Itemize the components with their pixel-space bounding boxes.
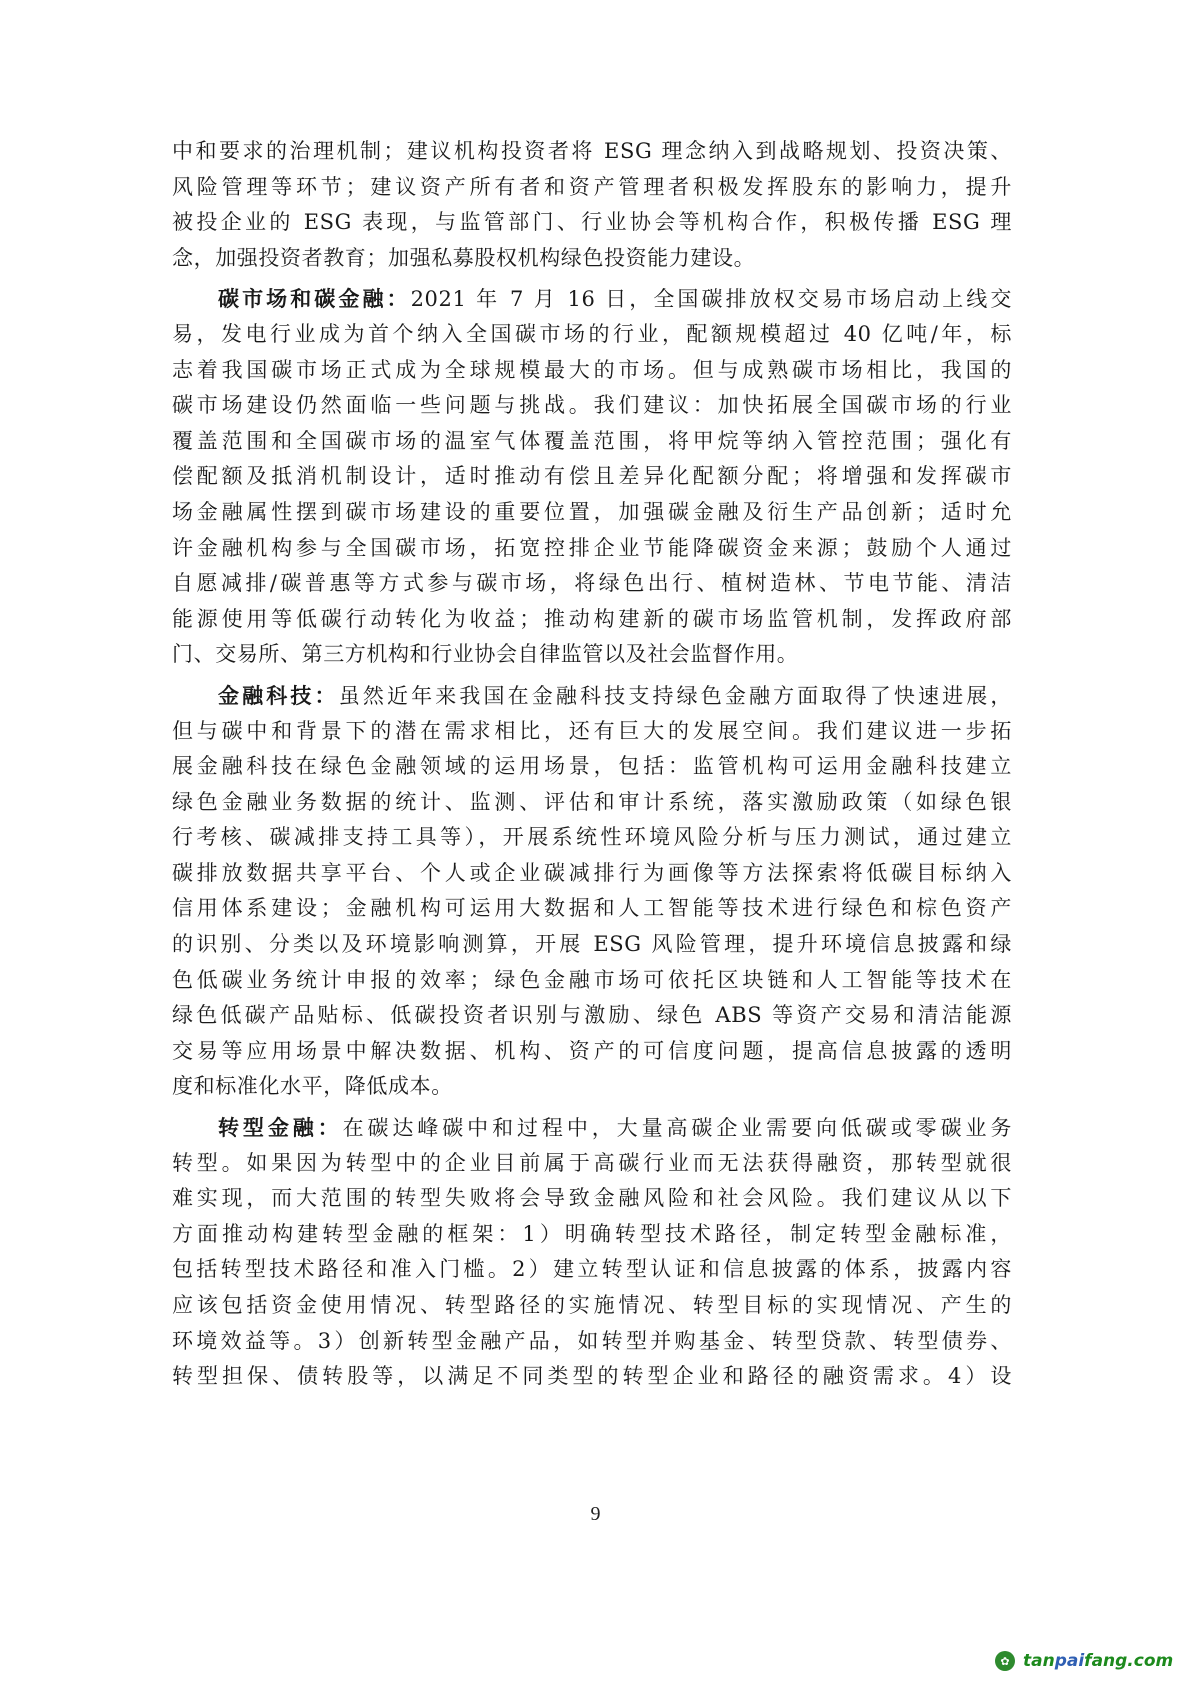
text-line-first: 金融科技：虽然近年来我国在金融科技支持绿色金融方面取得了快速进展， (172, 678, 1012, 714)
text-line: 交易等应用场景中解决数据、机构、资产的可信度问题，提高信息披露的透明 (172, 1034, 1012, 1070)
text-line: 转型。如果因为转型中的企业目前属于高碳行业而无法获得融资，那转型就很 (172, 1146, 1012, 1182)
watermark-text-pai: pai (1055, 1651, 1084, 1671)
text-line: 易，发电行业成为首个纳入全国碳市场的行业，配额规模超过 40 亿吨/年，标 (172, 317, 1012, 353)
paragraph-carbon-market: 碳市场和碳金融：2021 年 7 月 16 日，全国碳排放权交易市场启动上线交 … (172, 281, 1012, 673)
tanpaifang-leaf-logo-icon: ✿ (995, 1651, 1015, 1671)
text-line: 行考核、碳减排支持工具等），开展系统性环境风险分析与压力测试，通过建立 (172, 820, 1012, 856)
text-line: 被投企业的 ESG 表现，与监管部门、行业协会等机构合作，积极传播 ESG 理 (172, 205, 1012, 241)
text-run: 在碳达峰碳中和过程中，大量高碳企业需要向低碳或零碳业务 (343, 1116, 1012, 1140)
text-line: 展金融科技在绿色金融领域的运用场景，包括：监管机构可运用金融科技建立 (172, 749, 1012, 785)
paragraph-fintech: 金融科技：虽然近年来我国在金融科技支持绿色金融方面取得了快速进展， 但与碳中和背… (172, 678, 1012, 1105)
text-line: 环境效益等。3）创新转型金融产品，如转型并购基金、转型贷款、转型债券、 (172, 1324, 1012, 1360)
text-line: 但与碳中和背景下的潜在需求相比，还有巨大的发展空间。我们建议进一步拓 (172, 714, 1012, 750)
text-line: 自愿减排/碳普惠等方式参与碳市场，将绿色出行、植树造林、节电节能、清洁 (172, 566, 1012, 602)
text-line: 包括转型技术路径和准入门槛。2）建立转型认证和信息披露的体系，披露内容 (172, 1252, 1012, 1288)
text-line: 色低碳业务统计申报的效率；绿色金融市场可依托区块链和人工智能等技术在 (172, 963, 1012, 999)
section-lead-heading: 金融科技： (218, 683, 339, 708)
text-line: 许金融机构参与全国碳市场，拓宽控排企业节能降碳资金来源；鼓励个人通过 (172, 531, 1012, 567)
text-line: 碳市场建设仍然面临一些问题与挑战。我们建议：加快拓展全国碳市场的行业 (172, 388, 1012, 424)
text-line: 绿色金融业务数据的统计、监测、评估和审计系统，落实激励政策（如绿色银 (172, 785, 1012, 821)
text-line: 念，加强投资者教育；加强私募股权机构绿色投资能力建设。 (172, 241, 1012, 277)
text-line: 偿配额及抵消机制设计，适时推动有偿且差异化配额分配；将增强和发挥碳市 (172, 459, 1012, 495)
watermark-text-fang: fang.com (1084, 1651, 1173, 1671)
text-run: 2021 年 7 月 16 日，全国碳排放权交易市场启动上线交 (411, 287, 1012, 311)
text-line: 应该包括资金使用情况、转型路径的实施情况、转型目标的实现情况、产生的 (172, 1288, 1012, 1324)
paragraph-transition-finance: 转型金融：在碳达峰碳中和过程中，大量高碳企业需要向低碳或零碳业务 转型。如果因为… (172, 1110, 1012, 1395)
text-line: 难实现，而大范围的转型失败将会导致金融风险和社会风险。我们建议从以下 (172, 1181, 1012, 1217)
watermark: ✿ tanpaifang.com (995, 1651, 1173, 1671)
text-line-first: 碳市场和碳金融：2021 年 7 月 16 日，全国碳排放权交易市场启动上线交 (172, 281, 1012, 317)
text-line: 场金融属性摆到碳市场建设的重要位置，加强碳金融及衍生产品创新；适时允 (172, 495, 1012, 531)
text-run: 虽然近年来我国在金融科技支持绿色金融方面取得了快速进展， (339, 684, 1012, 708)
text-line: 门、交易所、第三方机构和行业协会自律监管以及社会监督作用。 (172, 637, 1012, 673)
watermark-text-tan: tan (1023, 1651, 1055, 1671)
text-line: 方面推动构建转型金融的框架：1）明确转型技术路径，制定转型金融标准， (172, 1217, 1012, 1253)
text-line: 度和标准化水平，降低成本。 (172, 1069, 1012, 1105)
text-line: 志着我国碳市场正式成为全球规模最大的市场。但与成熟碳市场相比，我国的 (172, 353, 1012, 389)
text-line: 碳排放数据共享平台、个人或企业碳减排行为画像等方法探索将低碳目标纳入 (172, 856, 1012, 892)
text-line: 绿色低碳产品贴标、低碳投资者识别与激励、绿色 ABS 等资产交易和清洁能源 (172, 998, 1012, 1034)
body-text: 中和要求的治理机制；建议机构投资者将 ESG 理念纳入到战略规划、投资决策、 风… (172, 134, 1012, 1400)
section-lead-heading: 碳市场和碳金融： (218, 286, 411, 311)
section-lead-heading: 转型金融： (218, 1115, 343, 1140)
text-line: 覆盖范围和全国碳市场的温室气体覆盖范围，将甲烷等纳入管控范围；强化有 (172, 424, 1012, 460)
document-page: 中和要求的治理机制；建议机构投资者将 ESG 理念纳入到战略规划、投资决策、 风… (0, 0, 1191, 1684)
paragraph-esg-continuation: 中和要求的治理机制；建议机构投资者将 ESG 理念纳入到战略规划、投资决策、 风… (172, 134, 1012, 276)
text-line: 风险管理等环节；建议资产所有者和资产管理者积极发挥股东的影响力，提升 (172, 170, 1012, 206)
page-number: 9 (0, 1503, 1191, 1526)
text-line: 的识别、分类以及环境影响测算，开展 ESG 风险管理，提升环境信息披露和绿 (172, 927, 1012, 963)
text-line: 信用体系建设；金融机构可运用大数据和人工智能等技术进行绿色和棕色资产 (172, 891, 1012, 927)
text-line: 能源使用等低碳行动转化为收益；推动构建新的碳市场监管机制，发挥政府部 (172, 602, 1012, 638)
text-line: 中和要求的治理机制；建议机构投资者将 ESG 理念纳入到战略规划、投资决策、 (172, 134, 1012, 170)
text-line: 转型担保、债转股等，以满足不同类型的转型企业和路径的融资需求。4）设 (172, 1359, 1012, 1395)
text-line-first: 转型金融：在碳达峰碳中和过程中，大量高碳企业需要向低碳或零碳业务 (172, 1110, 1012, 1146)
